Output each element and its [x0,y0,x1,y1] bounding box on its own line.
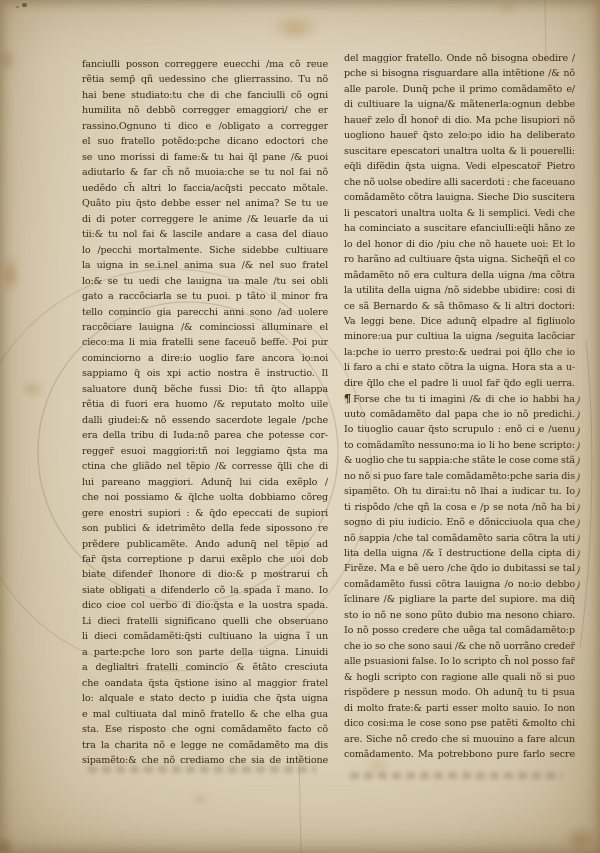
text-line: sipamẽto. Oh tu dirai:tu nõ lhai a iudic… [344,484,575,499]
text-line: la utilita della uigna /nõ sidebbe ubidi… [344,283,575,298]
text-line: uuto comãdamẽto dal papa che io nõ predi… [344,407,575,422]
text-line: che nõ uolse obedire alli sacerdoti : ch… [344,175,575,190]
text-line: humilita nõ debbõ corregger emaggiori/ c… [82,103,328,118]
text-line: Quãto piu q̃sto debbe esser nel anima? S… [82,196,328,211]
text-line: uogliono hauer̃ q̃sto zelo:po idio ha de… [344,128,575,143]
text-line: mãdamẽto nõ era cultura della uigna /ma … [344,268,575,283]
text-line: sto io nõ ne sono pũto dubio ma nesono c… [344,608,575,623]
text-line: ¶Forse che tu ti imagini /& di che io ha… [344,391,575,406]
text-line: cieco:ma li mia fratelli sene faceuõ bef… [82,335,328,350]
text-line: li dieci comãdamẽti:q̃sti cultiuano la u… [82,629,328,644]
corner-ink-speck [22,3,27,7]
text-line: dire q̃llo che el padre li uuol far̃ q̃d… [344,376,575,391]
text-line: to comãdamĩto nessuno:ma io li ho bene s… [344,438,575,453]
text-line: regger̃ esuoi maggiori:tñ noi leggiamo q… [82,444,328,459]
text-line: Va leggi bene. Dice adunq̃ elpadre al fi… [344,314,575,329]
text-line: lo /pecchi mortalmente. Siche sidebbe cu… [82,243,328,258]
text-column-right: del maggior fratello. Onde nõ bisogna ob… [344,51,575,763]
text-line: Io nõ posso credere che uẽga tal comãdam… [344,623,575,638]
text-line: lo del honor di dio /piu che nõ hauete u… [344,237,575,252]
text-line: eq̃li difẽdin q̃sta uigna. Vedi elpescat… [344,159,575,174]
foxing-stain [0,48,16,72]
text-line: che oandata q̃sta q̃stione isino al magg… [82,676,328,691]
text-line: tello comincio gia parecchi anni sono /a… [82,305,328,320]
text-line: che noi possiamo & q̃lche uolta dobbiamo… [82,490,328,505]
text-line: fanciulli posson correggere euecchi /ma … [82,57,328,72]
text-line: no nõ si puo fare tale comãdamẽto:pche s… [344,469,575,484]
text-line: gere enostri supiori : & q̃do epeccati d… [82,506,328,521]
text-line: suscitare epescatori unaltra uolta & li … [344,144,575,159]
text-line: Li dieci fratelli significano quelli che… [82,614,328,629]
text-line: Firẽze. Ma e bẽ uero /che q̃do io dubita… [344,561,575,576]
foxing-stain [0,838,13,853]
text-line: hauer̃ zelo d̃l honor̃ di dio. Ma pche l… [344,113,575,128]
pilcrow-mark: ¶ [344,391,353,405]
text-line: ĩclinare /& pigliare la parte del supior… [344,592,575,607]
text-line: rẽtia di fuori era huomo /& reputato mol… [82,397,328,412]
margin-hook-mark: ) [575,440,581,453]
text-line: la uigna in se.i.nel anima sua /& nel su… [82,258,328,273]
text-line: rẽtia semp̃ qñ uedessino che glierrassin… [82,72,328,87]
corner-ink-speck [16,6,19,8]
page-crease-right [580,340,592,648]
foxing-stain [0,256,20,294]
text-line: che io so che sono saui /& che nõ uorrãn… [344,639,575,654]
text-line: saluatore dunq̃ bẽche fussi Dio: tñ q̃to… [82,382,328,397]
scanned-book-page: { "page": { "kind": "incunabulum printed… [0,0,600,853]
text-line: lo: alquale e stato decto p iuidia che q… [82,691,328,706]
margin-hook-mark: ) [575,579,581,592]
text-line: uedẽdo ch̃ altri lo faccia/acq̃sti pecca… [82,181,328,196]
text-line: dico cosi:ma le cose sono pse patẽti &mo… [344,716,575,731]
foxing-stain [270,14,320,42]
text-line: & uoglio che tu sappia:che stãte le cose… [344,453,575,468]
margin-hook-mark: ) [575,471,581,484]
text-line: ha cominciato a suscitare efanciulli:eq̃… [344,221,575,236]
text-line: rassino.Ognuno ti dico e /obligato a cor… [82,119,328,134]
text-line: dalli giudei:& nõ essendo sacerdote lega… [82,413,328,428]
text-line: Io tiuoglio cauar q̃sto scrupulo : enõ c… [344,422,575,437]
text-line: sta. Ese risposto che ogni comãdamẽto fa… [82,722,328,737]
text-line: pche si bisogna risguardare alla intẽtio… [344,66,575,81]
text-line: siate obligati a difenderlo cõ la spada … [82,583,328,598]
text-line: e mal cultiuata dal minõ fratello & che … [82,707,328,722]
text-line: li pescatori unaltra uolta & li semplici… [344,206,575,221]
text-line: sappiamo q̃ ois xpi actio nostra ẽ instr… [82,366,328,381]
text-line: son publici & idetrimẽto della fede sipo… [82,521,328,536]
margin-hook-mark: ) [575,424,581,437]
text-line: ce sã Bernardo & sã thõmaso & li altri d… [344,299,575,314]
text-line: a parte:pche loro son parte della uigna.… [82,645,328,660]
text-line: alle psuasioni false. Io lo scripto ch̃ … [344,654,575,669]
margin-hook-mark: ) [575,517,581,530]
text-column-left: fanciulli posson correggere euecchi /ma … [82,57,328,769]
text-line: lita della uigna /& ĩ destructione della… [344,546,575,561]
text-line: del maggior fratello. Onde nõ bisogna ob… [344,51,575,66]
margin-hook-mark: ) [575,533,581,546]
text-line: era della tribu di Iuda:nõ parea che pot… [82,428,328,443]
margin-hook-mark: ) [575,455,581,468]
text-line: a deglialtri fratelli comincio & ẽtãto c… [82,660,328,675]
foxing-stain [564,826,598,852]
foxing-stain [496,2,518,14]
margin-hook-mark: ) [575,548,581,561]
text-line: di molto frate:& parti esser molto sauio… [344,701,575,716]
margin-hook-mark: ) [575,502,581,515]
margin-hook-mark: ) [575,409,581,422]
text-line: & hogli scripto con ragione alle quali n… [344,670,575,685]
text-line: comãdamẽto cõtra lauigna. Sieche Dio sus… [344,190,575,205]
margin-hook-mark: ) [575,486,581,499]
text-line: are. Siche nõ credo che si muouino a far… [344,732,575,747]
text-line: comãdamẽto fussi cõtra lauigna /o no:io … [344,577,575,592]
text-line: prẽdere publicamẽte. Ando adunq̃ nel tẽp… [82,537,328,552]
text-line: dico cioe col uerbo di dio:q̃sta e la uo… [82,598,328,613]
show-through-smudge [350,772,562,779]
text-line: el suo fratello potẽdo:pche dicano edoct… [82,134,328,149]
text-line: far̃ q̃sta correptione p darui exẽplo ch… [82,552,328,567]
text-line: rispõdere p nessun modo. Oh adunq̃ tu ti… [344,685,575,700]
margin-hook-mark: ) [575,564,581,577]
text-line: raccõciare lauigna /& cominciossi allumi… [82,320,328,335]
text-line: di di poter correggere le anime /& leuar… [82,212,328,227]
text-line: nõ sappia /che tal comãdamẽto saria cõtr… [344,531,575,546]
text-line: lo:& se tu uedi che lauigna ua male /tu … [82,274,328,289]
foxing-stain [192,794,208,805]
text-line: hai bene studiato:tu che di che fanciull… [82,88,328,103]
text-line: lui pareano maggiori. Adunq̃ lui cida ex… [82,475,328,490]
text-line: la:pche io uerro presto:& uedrai poi q̃l… [344,345,575,360]
text-line: tii:& tu nol fai & lascile andare a casa… [82,227,328,242]
text-line: cominciorno a dire:io uoglio fare ancora… [82,351,328,366]
text-line: biate difender̃ lhonore di dio:& p mostr… [82,567,328,582]
text-line: se uno morissi di fame:& tu hai q̃l pane… [82,150,328,165]
text-line: gato a raccõciarla se tu puoi. p tãto il… [82,289,328,304]
text-line: di cultiuare la uigna/& mãtenerla:ognun … [344,97,575,112]
text-line: minore:ua pur cultiua la uigna /seguita … [344,329,575,344]
text-line: sogno di piu iudicio. Enõ e dõnicciuola … [344,515,575,530]
text-line: comãdamento. Ma potrebbono pure farlo se… [344,747,575,762]
text-line: alle parole. Dunq̃ pche il primo comãdam… [344,82,575,97]
text-line: ro harãno ad cultiuare q̃sta uigna. Sich… [344,252,575,267]
text-line: sipamẽto:& che nõ crediamo che sia de in… [82,753,328,768]
text-line: tra la charita nõ e legge ne comãdamẽto … [82,738,328,753]
text-line: ti rispõdo /che qñ la cosa e /p se nota … [344,500,575,515]
text-line: adiutarlo & far ch̃ nõ muoia:che se tu n… [82,165,328,180]
margin-hook-mark: ) [575,393,581,406]
text-line: li faro a chi e stato cõtra la uigna. Ho… [344,360,575,375]
foxing-stain [20,380,44,398]
text-line: ctina che gliãdo nel tẽpio /& corresse q… [82,459,328,474]
